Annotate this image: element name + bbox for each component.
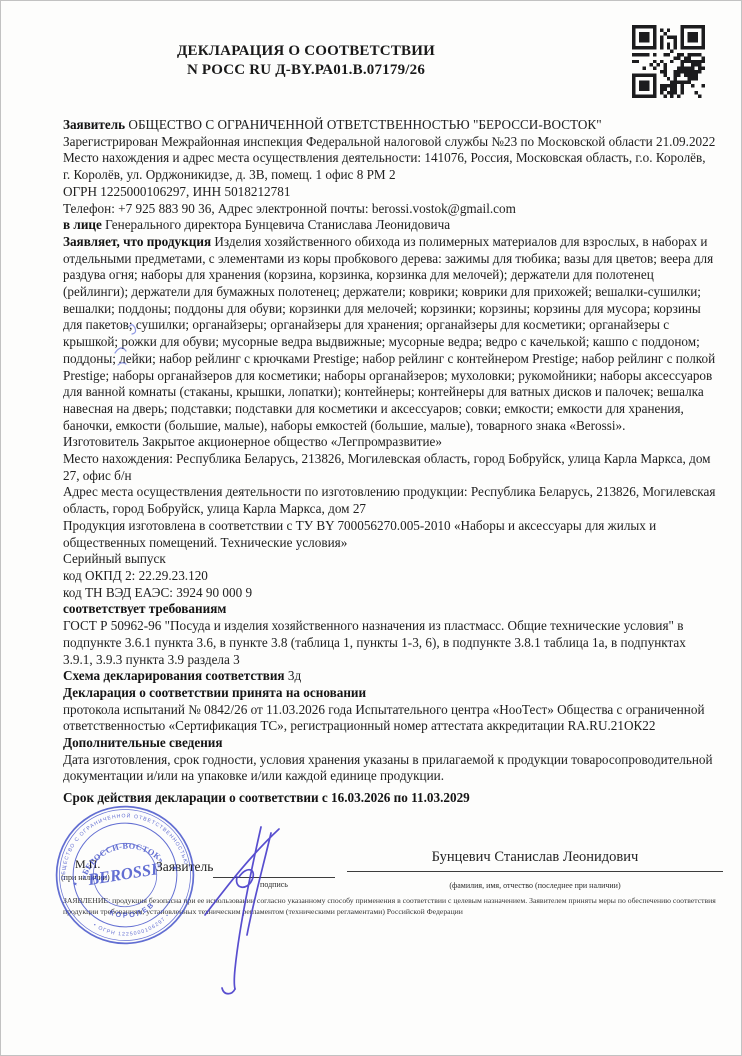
document-title: ДЕКЛАРАЦИЯ О СООТВЕТСТВИИ — [51, 42, 561, 61]
paragraph-text: Место нахождения и адрес места осуществл… — [63, 150, 706, 182]
applicant-name-caption: (фамилия, имя, отчество (последнее при н… — [347, 881, 723, 890]
paragraph-text: Место нахождения: Республика Беларусь, 2… — [63, 451, 711, 483]
paragraph-text: Телефон: +7 925 883 90 36, Адрес электро… — [63, 201, 516, 216]
paragraph: Зарегистрирован Межрайонная инспекция Фе… — [63, 134, 716, 151]
paragraph-lead: в лице — [63, 217, 102, 232]
paragraph-text: ОГРН 1225000106297, ИНН 5018212781 — [63, 184, 290, 199]
paragraph: Схема декларирования соответствия 3д — [63, 668, 716, 685]
paragraph: Декларация о соответствии принята на осн… — [63, 685, 716, 702]
paragraph-text: Зарегистрирован Межрайонная инспекция Фе… — [63, 134, 715, 149]
paragraph: код ОКПД 2: 22.29.23.120 — [63, 568, 716, 585]
paragraph: ОГРН 1225000106297, ИНН 5018212781 — [63, 184, 716, 201]
paragraph-lead: соответствует требованиям — [63, 601, 226, 616]
declaration-number: N РОСС RU Д-BY.РА01.В.07179/26 — [51, 61, 561, 80]
handwritten-signature — [197, 819, 293, 997]
paragraph-lead: Заявляет, что продукция — [63, 234, 211, 249]
paragraph: Место нахождения: Республика Беларусь, 2… — [63, 451, 716, 484]
paragraph-text: ГОСТ Р 50962-96 "Посуда и изделия хозяйс… — [63, 618, 686, 666]
paragraph: Дата изготовления, срок годности, услови… — [63, 752, 716, 785]
paragraph-lead: Дополнительные сведения — [63, 735, 223, 750]
paragraph: Телефон: +7 925 883 90 36, Адрес электро… — [63, 201, 716, 218]
paragraph-text: Адрес места осуществления деятельности п… — [63, 484, 715, 516]
paragraph: Заявитель ОБЩЕСТВО С ОГРАНИЧЕННОЙ ОТВЕТС… — [63, 117, 716, 134]
stamp-star-left: ★ — [72, 880, 78, 888]
paragraph-text: код ОКПД 2: 22.29.23.120 — [63, 568, 208, 583]
paragraph: соответствует требованиям — [63, 601, 716, 618]
paragraph-text: Изделия хозяйственного обихода из полиме… — [63, 234, 715, 433]
paragraph-text: 3д — [285, 668, 302, 683]
paragraph-text: Продукция изготовлена в соответствии с Т… — [63, 518, 656, 550]
paragraph: протокола испытаний № 0842/26 от 11.03.2… — [63, 702, 716, 735]
paragraph: Заявляет, что продукция Изделия хозяйств… — [63, 234, 716, 434]
paragraph-text: Дата изготовления, срок годности, услови… — [63, 752, 713, 784]
declaration-document: ДЕКЛАРАЦИЯ О СООТВЕТСТВИИ N РОСС RU Д-BY… — [0, 0, 742, 1056]
paragraph-text: код ТН ВЭД ЕАЭС: 3924 90 000 9 — [63, 585, 252, 600]
applicant-name: Бунцевич Станислав Леонидович — [347, 849, 723, 872]
paragraph: Адрес места осуществления деятельности п… — [63, 484, 716, 517]
stamp-star-right: ★ — [172, 865, 178, 873]
paragraph: Дополнительные сведения — [63, 735, 716, 752]
company-stamp: ОБЩЕСТВО С ОГРАНИЧЕННОЙ ОТВЕТСТВЕННОСТЬЮ… — [43, 793, 208, 958]
paragraph: в лице Генерального директора Бунцевича … — [63, 217, 716, 234]
paragraph-text: Изготовитель Закрытое акционерное общест… — [63, 434, 442, 449]
paragraph: Продукция изготовлена в соответствии с Т… — [63, 518, 716, 551]
paragraph-text: Генерального директора Бунцевича Станисл… — [102, 217, 450, 232]
svg-text:КОРОЛЕВ: КОРОЛЕВ — [107, 899, 158, 923]
paragraph: Изготовитель Закрытое акционерное общест… — [63, 434, 716, 451]
stamp-city: КОРОЛЕВ — [107, 899, 158, 923]
paragraph: код ТН ВЭД ЕАЭС: 3924 90 000 9 — [63, 585, 716, 602]
paragraph: ГОСТ Р 50962-96 "Посуда и изделия хозяйс… — [63, 618, 716, 668]
paragraph-text: протокола испытаний № 0842/26 от 11.03.2… — [63, 702, 705, 734]
document-header: ДЕКЛАРАЦИЯ О СООТВЕТСТВИИ N РОСС RU Д-BY… — [51, 42, 561, 80]
paragraph-lead: Заявитель — [63, 117, 125, 132]
declaration-body: Заявитель ОБЩЕСТВО С ОГРАНИЧЕННОЙ ОТВЕТС… — [63, 117, 716, 807]
paragraph-text: ОБЩЕСТВО С ОГРАНИЧЕННОЙ ОТВЕТСТВЕННОСТЬЮ… — [125, 117, 601, 132]
paragraph-text: Серийный выпуск — [63, 551, 166, 566]
pen-marks — [109, 323, 149, 371]
paragraph: Место нахождения и адрес места осуществл… — [63, 150, 716, 183]
paragraph-lead: Схема декларирования соответствия — [63, 668, 285, 683]
paragraph: Серийный выпуск — [63, 551, 716, 568]
paragraph-lead: Декларация о соответствии принята на осн… — [63, 685, 366, 700]
qr-code — [632, 25, 705, 98]
